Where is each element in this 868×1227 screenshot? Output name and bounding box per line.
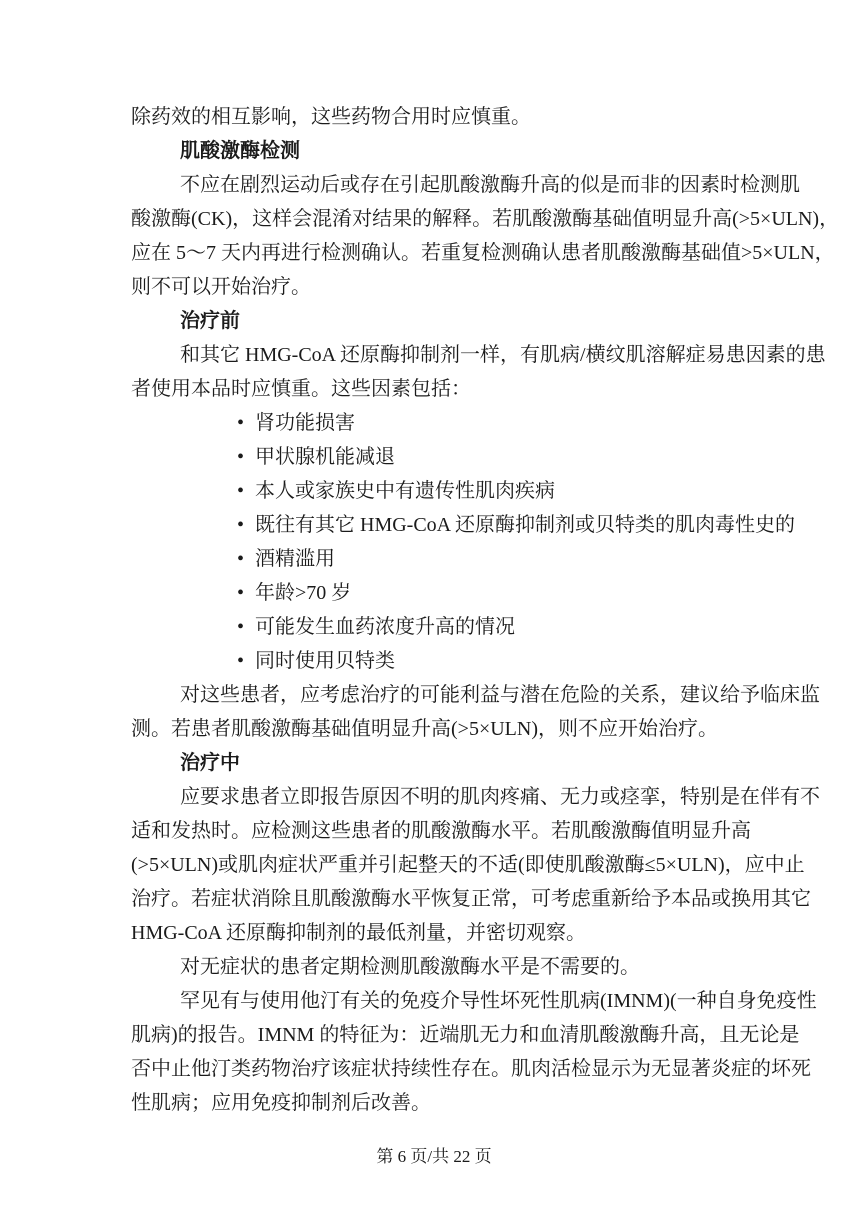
bullet-icon: • xyxy=(237,474,255,508)
text-line: HMG-CoA 还原酶抑制剂的最低剂量，并密切观察。 xyxy=(131,916,753,950)
text-line: 否中止他汀类药物治疗该症状持续性存在。肌肉活检显示为无显著炎症的坏死 xyxy=(131,1052,753,1086)
bullet-icon: • xyxy=(237,644,255,678)
bullet-item: •既往有其它 HMG-CoA 还原酶抑制剂或贝特类的肌肉毒性史的 xyxy=(131,508,753,542)
bullet-text: 酒精滥用 xyxy=(255,548,335,570)
text-line: 酸激酶(CK)，这样会混淆对结果的解释。若肌酸激酶基础值明显升高(>5×ULN)… xyxy=(131,202,753,236)
text-line: 除药效的相互影响，这些药物合用时应慎重。 xyxy=(131,100,753,134)
text-line: 应要求患者立即报告原因不明的肌肉疼痛、无力或痉挛，特别是在伴有不 xyxy=(131,780,753,814)
bullet-text: 同时使用贝特类 xyxy=(255,650,395,672)
text-line: 对无症状的患者定期检测肌酸激酶水平是不需要的。 xyxy=(131,950,753,984)
text-line: 罕见有与使用他汀有关的免疫介导性坏死性肌病(IMNM)(一种自身免疫性 xyxy=(131,984,753,1018)
bullet-item: •年龄>70 岁 xyxy=(131,576,753,610)
bullet-text: 甲状腺机能减退 xyxy=(255,446,395,468)
bullet-text: 肾功能损害 xyxy=(255,412,355,434)
bullet-item: •本人或家族史中有遗传性肌肉疾病 xyxy=(131,474,753,508)
section-heading-during-treatment: 治疗中 xyxy=(131,746,753,780)
text-line: 不应在剧烈运动后或存在引起肌酸激酶升高的似是而非的因素时检测肌 xyxy=(131,168,753,202)
page-number: 第 6 页/共 22 页 xyxy=(376,1147,491,1166)
section-heading-before-treatment: 治疗前 xyxy=(131,304,753,338)
bullet-icon: • xyxy=(237,542,255,576)
bullet-text: 本人或家族史中有遗传性肌肉疾病 xyxy=(255,480,555,502)
bullet-text: 既往有其它 HMG-CoA 还原酶抑制剂或贝特类的肌肉毒性史的 xyxy=(255,514,795,536)
bullet-item: •可能发生血药浓度升高的情况 xyxy=(131,610,753,644)
bullet-text: 可能发生血药浓度升高的情况 xyxy=(255,616,515,638)
bullet-icon: • xyxy=(237,440,255,474)
text-line: (>5×ULN)或肌肉症状严重并引起整天的不适(即使肌酸激酶≤5×ULN)，应中… xyxy=(131,848,753,882)
bullet-item: •甲状腺机能减退 xyxy=(131,440,753,474)
bullet-icon: • xyxy=(237,610,255,644)
bullet-text: 年龄>70 岁 xyxy=(255,582,351,604)
text-line: 性肌病；应用免疫抑制剂后改善。 xyxy=(131,1086,753,1120)
text-line: 应在 5～7 天内再进行检测确认。若重复检测确认患者肌酸激酶基础值>5×ULN， xyxy=(131,236,753,270)
bullet-item: •肾功能损害 xyxy=(131,406,753,440)
document-body: 除药效的相互影响，这些药物合用时应慎重。 肌酸激酶检测 不应在剧烈运动后或存在引… xyxy=(131,100,753,1120)
text-line: 测。若患者肌酸激酶基础值明显升高(>5×ULN)，则不应开始治疗。 xyxy=(131,712,753,746)
bullet-icon: • xyxy=(237,576,255,610)
text-line: 对这些患者，应考虑治疗的可能利益与潜在危险的关系，建议给予临床监 xyxy=(131,678,753,712)
bullet-icon: • xyxy=(237,508,255,542)
text-line: 治疗。若症状消除且肌酸激酶水平恢复正常，可考虑重新给予本品或换用其它 xyxy=(131,882,753,916)
bullet-icon: • xyxy=(237,406,255,440)
text-line: 则不可以开始治疗。 xyxy=(131,270,753,304)
text-line: 者使用本品时应慎重。这些因素包括： xyxy=(131,372,753,406)
text-line: 适和发热时。应检测这些患者的肌酸激酶水平。若肌酸激酶值明显升高 xyxy=(131,814,753,848)
text-line: 肌病)的报告。IMNM 的特征为：近端肌无力和血清肌酸激酶升高，且无论是 xyxy=(131,1018,753,1052)
bullet-item: •酒精滥用 xyxy=(131,542,753,576)
document-page: 除药效的相互影响，这些药物合用时应慎重。 肌酸激酶检测 不应在剧烈运动后或存在引… xyxy=(0,0,868,1227)
page-footer: 第 6 页/共 22 页 xyxy=(0,1146,868,1168)
section-heading-ck-testing: 肌酸激酶检测 xyxy=(131,134,753,168)
bullet-item: •同时使用贝特类 xyxy=(131,644,753,678)
text-line: 和其它 HMG-CoA 还原酶抑制剂一样，有肌病/横纹肌溶解症易患因素的患 xyxy=(131,338,753,372)
